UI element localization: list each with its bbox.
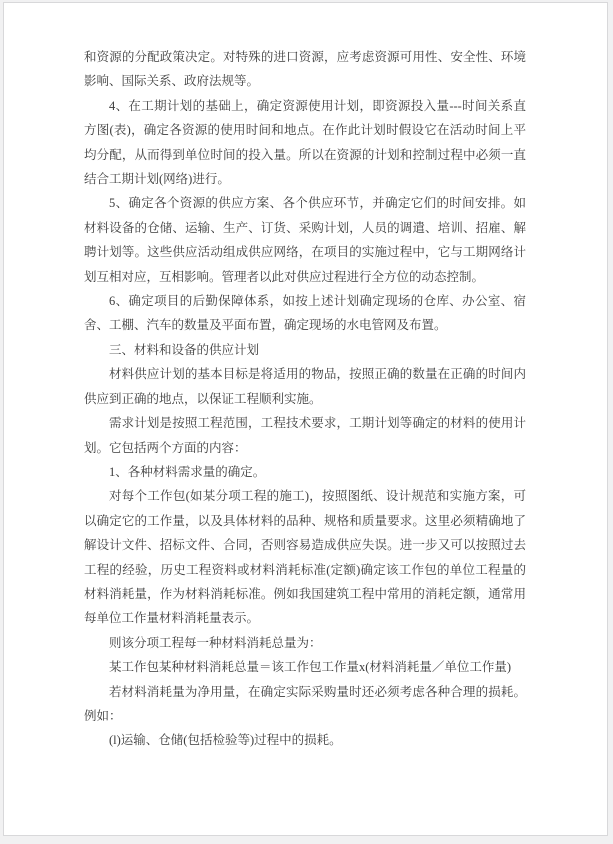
section-heading: 三、材料和设备的供应计划 bbox=[84, 338, 526, 362]
formula-line: 某工作包某种材料消耗总量＝该工作包工作量x(材料消耗量／单位工作量) bbox=[84, 655, 526, 679]
formula-intro-paragraph: 则该分项工程每一种材料消耗总量为： bbox=[84, 631, 526, 655]
numbered-paragraph-5: 5、确定各个资源的供应方案、各个供应环节，并确定它们的时间安排。如材料设备的仓储… bbox=[84, 191, 526, 289]
document-viewport: 和资源的分配政策决定。对特殊的进口资源，应考虑资源可用性、安全性、环境影响、国际… bbox=[0, 0, 613, 844]
document-text-block: 和资源的分配政策决定。对特殊的进口资源，应考虑资源可用性、安全性、环境影响、国际… bbox=[84, 45, 526, 753]
list-item-heading: 1、各种材料需求量的确定。 bbox=[84, 460, 526, 484]
goal-paragraph: 材料供应计划的基本目标是将适用的物品，按照正确的数量在正确的时间内供应到正确的地… bbox=[84, 362, 526, 411]
work-package-paragraph: 对每个工作包(如某分项工程的施工)，按照图纸、设计规范和实施方案，可以确定它的工… bbox=[84, 484, 526, 630]
numbered-paragraph-6: 6、确定项目的后勤保障体系，如按上述计划确定现场的仓库、办公室、宿舍、工棚、汽车… bbox=[84, 289, 526, 338]
demand-plan-paragraph: 需求计划是按照工程范围，工程技术要求，工期计划等确定的材料的使用计划。它包括两个… bbox=[84, 411, 526, 460]
numbered-paragraph-4: 4、在工期计划的基础上，确定资源使用计划，即资源投入量---时间关系直方图(表)… bbox=[84, 94, 526, 192]
loss-item-1: (l)运输、仓储(包括检验等)过程中的损耗。 bbox=[84, 728, 526, 752]
document-page: 和资源的分配政策决定。对特殊的进口资源，应考虑资源可用性、安全性、环境影响、国际… bbox=[3, 2, 608, 836]
net-usage-paragraph: 若材料消耗量为净用量，在确定实际采购量时还必须考虑各种合理的损耗。例如： bbox=[84, 680, 526, 729]
continuation-paragraph: 和资源的分配政策决定。对特殊的进口资源，应考虑资源可用性、安全性、环境影响、国际… bbox=[84, 45, 526, 94]
